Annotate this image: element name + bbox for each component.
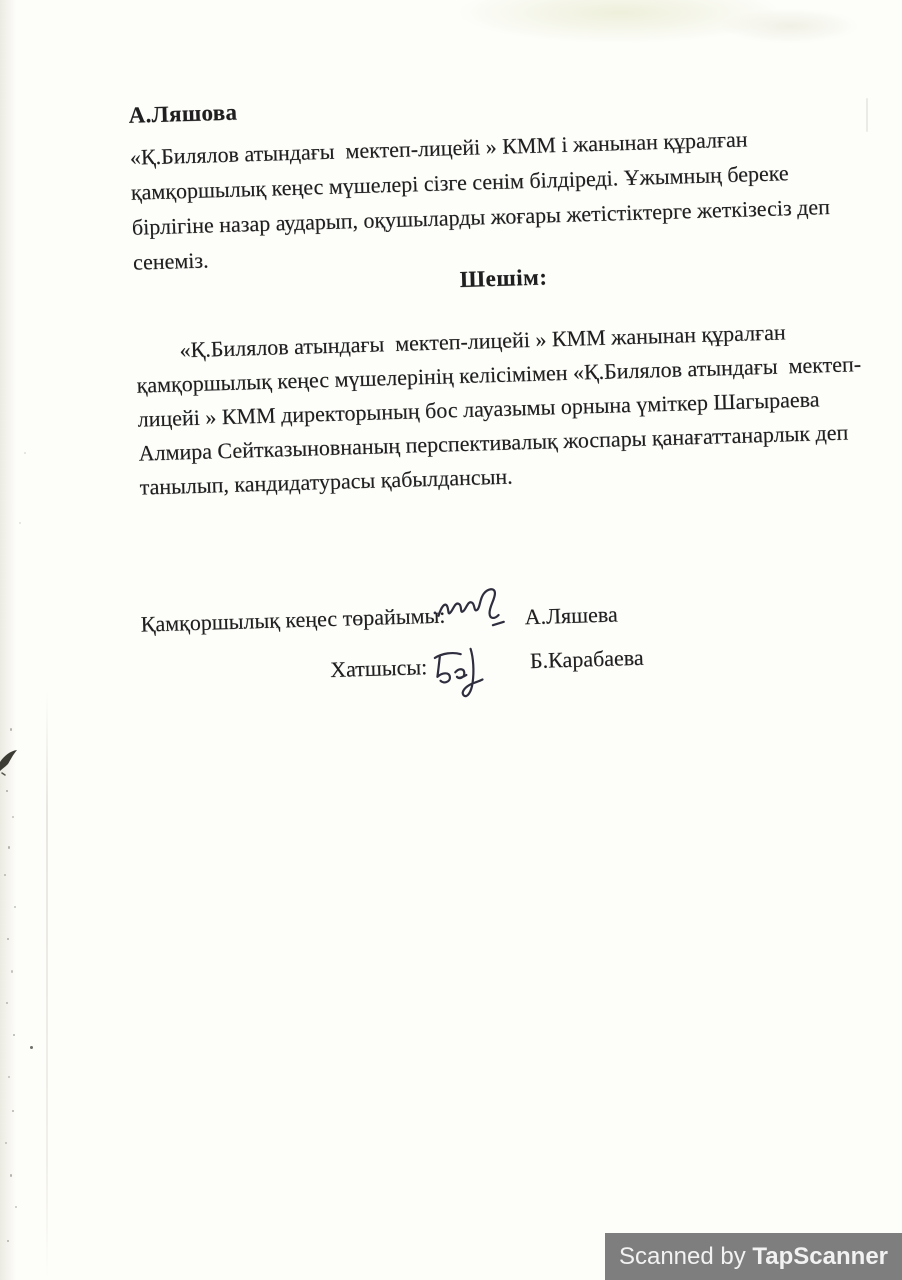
signature-name-chairperson: А.Ляшева [524, 601, 618, 630]
signature-name-secretary: Б.Карабаева [530, 645, 644, 674]
bleed-through-smudge [720, 8, 860, 44]
signature-ink-chairperson [432, 577, 524, 634]
scan-crease-line [46, 690, 48, 1280]
scan-artifact-mark [0, 748, 18, 776]
signature-label-chairperson: Қамқоршылық кеңес төрайымы: [140, 603, 445, 638]
watermark-prefix: Scanned by [619, 1243, 752, 1271]
watermark-brand: TapScanner [752, 1243, 888, 1271]
paragraph-decision: «Қ.Билялов атындағы мектеп-лицейі » КММ … [127, 313, 880, 505]
tapscanner-watermark-banner: Scanned by TapScanner [605, 1233, 902, 1280]
paragraph-intro: «Қ.Билялов атындағы мектеп-лицейі » КММ … [121, 118, 873, 280]
signature-label-secretary: Хатшысы: [330, 654, 428, 683]
signature-ink-secretary [430, 642, 490, 706]
author-name: А.Ляшова [128, 100, 237, 129]
document-body: А.Ляшова «Қ.Билялов атындағы мектеп-лице… [120, 73, 888, 795]
scanned-document-page: А.Ляшова «Қ.Билялов атындағы мектеп-лице… [0, 0, 902, 1280]
